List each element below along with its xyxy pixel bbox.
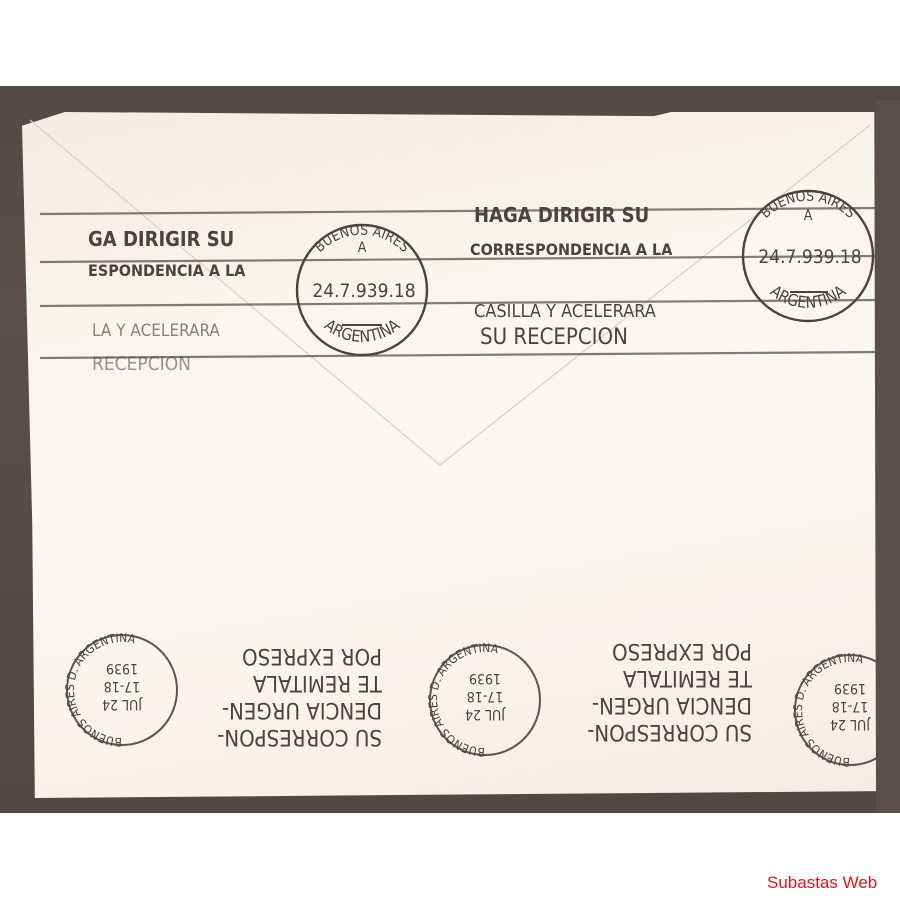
svg-text:CASILLA Y ACELERARA: CASILLA Y ACELERARA <box>474 301 656 322</box>
svg-text:TE REMITALA: TE REMITALA <box>253 670 383 695</box>
svg-text:RECEPCION: RECEPCION <box>92 353 191 375</box>
svg-text:TE REMITALA: TE REMITALA <box>623 665 753 690</box>
slogan-top-right: HAGA DIRIGIR SU CORRESPONDENCIA A LA CAS… <box>470 203 673 350</box>
svg-text:GA DIRIGIR SU: GA DIRIGIR SU <box>88 227 234 251</box>
svg-text:17-18: 17-18 <box>832 698 869 714</box>
svg-text:A: A <box>358 240 367 256</box>
svg-text:DENCIA URGEN-: DENCIA URGEN- <box>592 692 752 717</box>
slogan-bottom-right: SU CORRESPON- DENCIA URGEN- TE REMITALA … <box>587 638 753 744</box>
svg-text:24.7.939.18: 24.7.939.18 <box>758 246 861 268</box>
svg-text:ARGENTINA: ARGENTINA <box>767 281 849 312</box>
svg-text:SU CORRESPON-: SU CORRESPON- <box>217 724 382 749</box>
svg-text:CORRESPONDENCIA A LA: CORRESPONDENCIA A LA <box>470 240 673 259</box>
svg-text:DENCIA URGEN-: DENCIA URGEN- <box>222 697 382 722</box>
dial-bottom-center: BUENOS AIRES D. ARGENTINA JUL 24 17-18 1… <box>426 641 540 759</box>
svg-text:POR EXPRESO: POR EXPRESO <box>612 638 752 663</box>
svg-text:ESPONDENCIA A LA: ESPONDENCIA A LA <box>88 261 246 280</box>
svg-text:1939: 1939 <box>469 670 501 686</box>
slogan-bottom-left: SU CORRESPON- DENCIA URGEN- TE REMITALA … <box>217 643 383 749</box>
svg-text:JUL 24: JUL 24 <box>830 716 871 732</box>
slogan-top-left: GA DIRIGIR SU ESPONDENCIA A LA LA Y ACEL… <box>88 227 246 375</box>
svg-text:A: A <box>804 208 813 224</box>
svg-text:ARGENTINA: ARGENTINA <box>321 315 403 346</box>
svg-text:LA Y ACELERARA: LA Y ACELERARA <box>92 321 220 341</box>
envelope-flap <box>30 120 870 465</box>
cancel-bottom: SU CORRESPON- DENCIA URGEN- TE REMITALA … <box>63 631 900 769</box>
dial-top-left: BUENOS AIRES ARGENTINA A 24.7.939.18 <box>297 223 427 355</box>
svg-text:17-18: 17-18 <box>104 678 141 694</box>
svg-text:JUL 24: JUL 24 <box>102 696 143 712</box>
svg-text:HAGA DIRIGIR SU: HAGA DIRIGIR SU <box>474 203 649 227</box>
dial-top-right: BUENOS AIRES ARGENTINA A 24.7.939.18 <box>743 189 873 321</box>
svg-text:1939: 1939 <box>834 680 866 696</box>
svg-text:24.7.939.18: 24.7.939.18 <box>312 280 415 302</box>
svg-text:1939: 1939 <box>106 660 138 676</box>
watermark: Subastas Web <box>767 873 877 893</box>
svg-text:SU CORRESPON-: SU CORRESPON- <box>587 719 752 744</box>
svg-text:SU RECEPCION: SU RECEPCION <box>480 325 628 350</box>
svg-text:POR EXPRESO: POR EXPRESO <box>242 643 382 668</box>
svg-text:JUL 24: JUL 24 <box>465 706 506 722</box>
svg-text:17-18: 17-18 <box>467 688 504 704</box>
dial-bottom-left: BUENOS AIRES D. ARGENTINA JUL 24 17-18 1… <box>63 631 177 749</box>
postmarks: GA DIRIGIR SU ESPONDENCIA A LA LA Y ACEL… <box>0 0 900 900</box>
